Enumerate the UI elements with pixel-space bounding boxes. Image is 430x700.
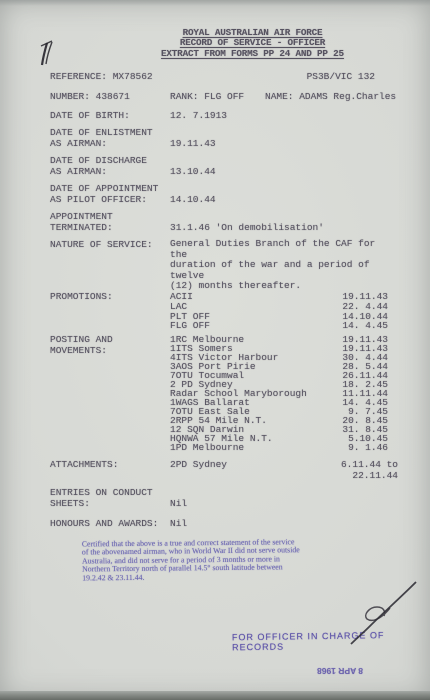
attachments-period: 6.11.44 to 22.11.44 [290,459,398,481]
attachments-row: ATTACHMENTS: 2PD Sydney 6.11.44 to 22.11… [50,459,398,481]
conduct-sheets-label: ENTRIES ON CONDUCT SHEETS: [50,487,170,509]
posting-unit: 1PD Melbourne [170,443,244,452]
termination-label: APPOINTMENT TERMINATED: [50,211,170,233]
field-row-enlistment: DATE OF ENLISTMENT AS AIRMAN: 19.11.43 [50,127,395,149]
honours-row: HONOURS AND AWARDS: Nil [50,518,395,529]
posting-date: 9. 1.46 [348,443,388,452]
pen-mark-icon [36,40,56,68]
scan-edge-bottom [0,691,430,700]
reference-label: REFERENCE: [50,71,107,82]
service-number-field: NUMBER: 438671 [50,91,170,102]
field-row-date-of-birth: DATE OF BIRTH: 12. 7.1913 [50,110,395,121]
postings-table: 1RC Melbourne19.11.43 1ITS Somers19.11.4… [170,335,388,452]
date-received-stamp: 8 APR 1968 [305,666,375,676]
appointment-value: 14.10.44 [170,194,395,205]
discharge-value: 13.10.44 [170,166,395,177]
promotion-date: 14. 4.45 [342,321,388,331]
header-line-3: EXTRACT FROM FORMS PP 24 AND PP 25 [150,49,355,59]
honours-value: Nil [170,518,395,529]
termination-value: 31.1.46 'On demobilisation' [170,222,395,233]
office-code: PS3B/VIC 132 [307,71,375,82]
promotions-section: PROMOTIONS: ACII19.11.43 LAC22. 4.44 PLT… [50,292,430,332]
field-row-nature-of-service: NATURE OF SERVICE: General Duties Branch… [50,239,395,292]
certification-stamp-text: Certified that the above is a true and c… [82,538,362,583]
attachments-unit: 2PD Sydney [170,459,290,481]
name-value: ADAMS Reg.Charles [299,91,396,102]
enlistment-label: DATE OF ENLISTMENT AS AIRMAN: [50,127,170,149]
posting-row: 1PD Melbourne9. 1.46 [170,443,388,452]
field-row-termination: APPOINTMENT TERMINATED: 31.1.46 'On demo… [50,211,395,233]
scan-edge-top [0,0,430,6]
document-content: ROYAL AUSTRALIAN AIR FORCE RECORD OF SER… [0,28,430,581]
date-of-birth-label: DATE OF BIRTH: [50,110,170,121]
promotion-rank: FLG OFF [170,321,210,331]
conduct-sheets-row: ENTRIES ON CONDUCT SHEETS: Nil [50,487,395,509]
promotions-table: ACII19.11.43 LAC22. 4.44 PLT OFF14.10.44… [170,292,388,332]
conduct-sheets-value: Nil [170,498,395,509]
number-label: NUMBER: [50,91,90,102]
promotion-row: FLG OFF14. 4.45 [170,321,388,331]
promotions-label: PROMOTIONS: [50,292,170,303]
honours-label: HONOURS AND AWARDS: [50,518,170,529]
postings-label: POSTING AND MOVEMENTS: [50,335,170,356]
rank-label: RANK: [170,91,199,102]
rank-field: RANK: FLG OFF [170,91,265,102]
enlistment-value: 19.11.43 [170,138,395,149]
name-label: NAME: [265,91,294,102]
reference-row: REFERENCE: MX78562 PS3B/VIC 132 [50,71,375,82]
signature-ink [328,578,423,650]
appointment-label: DATE OF APPOINTMENT AS PILOT OFFICER: [50,183,170,205]
field-row-discharge: DATE OF DISCHARGE AS AIRMAN: 13.10.44 [50,155,395,177]
postings-section: POSTING AND MOVEMENTS: 1RC Melbourne19.1… [50,335,430,452]
nature-of-service-label: NATURE OF SERVICE: [50,239,170,250]
identity-row: NUMBER: 438671 RANK: FLG OFF NAME: ADAMS… [50,91,430,102]
discharge-label: DATE OF DISCHARGE AS AIRMAN: [50,155,170,177]
reference-field: REFERENCE: MX78562 [50,71,153,82]
name-field: NAME: ADAMS Reg.Charles [265,91,396,102]
document-header: ROYAL AUSTRALIAN AIR FORCE RECORD OF SER… [150,28,355,59]
nature-of-service-value: General Duties Branch of the CAF for the… [170,239,395,292]
scanned-document: ROYAL AUSTRALIAN AIR FORCE RECORD OF SER… [0,0,430,700]
attachments-label: ATTACHMENTS: [50,459,170,481]
field-row-appointment: DATE OF APPOINTMENT AS PILOT OFFICER: 14… [50,183,395,205]
date-of-birth-value: 12. 7.1913 [170,110,395,121]
number-value: 438671 [96,91,130,102]
reference-value: MX78562 [113,71,153,82]
rank-value: FLG OFF [204,91,244,102]
